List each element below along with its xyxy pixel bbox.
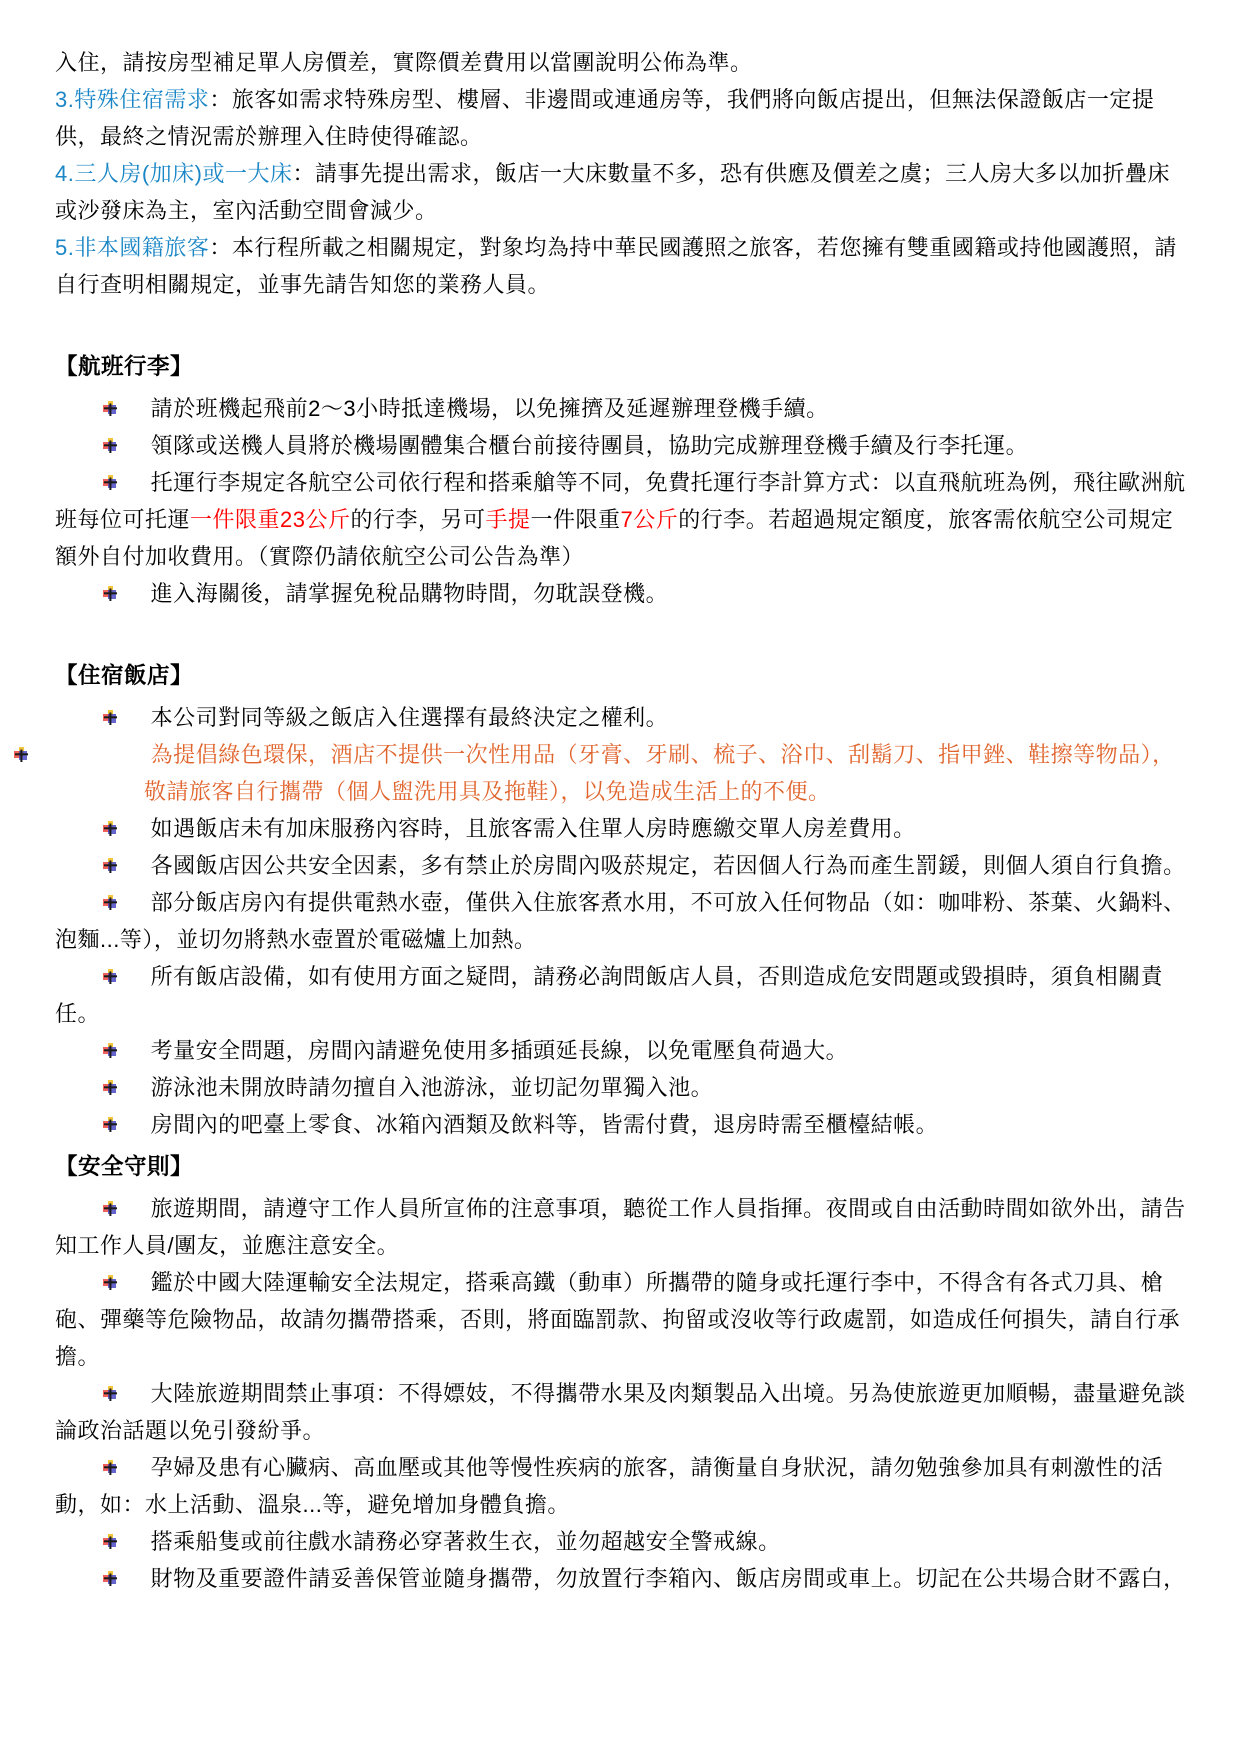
bullet-item: 托運行李規定各航空公司依行程和搭乘艙等不同，免費托運行李計算方式：以直飛航班為例… xyxy=(55,464,1191,575)
text-segment-default: 本公司對同等級之飯店入住選擇有最終決定之權利。 xyxy=(151,705,669,730)
text-segment-default: 請於班機起飛前2～3小時抵達機場，以免擁擠及延遲辦理登機手續。 xyxy=(151,396,829,421)
bullet-item: 搭乘船隻或前往戲水請務必穿著救生衣，並勿超越安全警戒線。 xyxy=(55,1523,1191,1560)
bullet-text: 所有飯店設備，如有使用方面之疑問，請務必詢問飯店人員，否則造成危安問題或毀損時，… xyxy=(55,964,1163,1026)
bullet-item: 部分飯店房內有提供電熱水壺，僅供入住旅客煮水用，不可放入任何物品（如：咖啡粉、茶… xyxy=(55,884,1191,958)
text-segment-default: 旅遊期間，請遵守工作人員所宣佈的注意事項，聽從工作人員指揮。夜間或自由活動時間如… xyxy=(55,1196,1186,1258)
bullet-item: 孕婦及患有心臟病、高血壓或其他等慢性疾病的旅客，請衡量自身狀況，請勿勉強參加具有… xyxy=(55,1449,1191,1523)
arrow-bullet-icon xyxy=(103,576,118,592)
bullet-item: 考量安全問題，房間內請避免使用多插頭延長線，以免電壓負荷過大。 xyxy=(55,1032,1191,1069)
bullet-text: 進入海關後，請掌握免稅品購物時間，勿耽誤登機。 xyxy=(151,581,669,606)
text-segment-default: 部分飯店房內有提供電熱水壺，僅供入住旅客煮水用，不可放入任何物品（如：咖啡粉、茶… xyxy=(55,890,1186,952)
bullet-text: 本公司對同等級之飯店入住選擇有最終決定之權利。 xyxy=(151,705,669,730)
section: 【航班行李】 請於班機起飛前2～3小時抵達機場，以免擁擠及延遲辦理登機手續。 領… xyxy=(55,347,1191,612)
bullet-item: 游泳池未開放時請勿擅自入池游泳，並切記勿單獨入池。 xyxy=(55,1069,1191,1106)
text-segment-default: 所有飯店設備，如有使用方面之疑問，請務必詢問飯店人員，否則造成危安問題或毀損時，… xyxy=(55,964,1163,1026)
bullet-item: 財物及重要證件請妥善保管並隨身攜帶，勿放置行李箱內、飯店房間或車上。切記在公共場… xyxy=(55,1560,1191,1597)
arrow-bullet-icon xyxy=(103,1191,118,1207)
arrow-bullet-icon xyxy=(103,811,118,827)
bullet-text: 搭乘船隻或前往戲水請務必穿著救生衣，並勿超越安全警戒線。 xyxy=(151,1529,781,1554)
bullet-item: 領隊或送機人員將於機場團體集合櫃台前接待團員，協助完成辦理登機手續及行李托運。 xyxy=(55,427,1191,464)
text-segment-default: 如遇飯店未有加床服務內容時，且旅客需入住單人房時應繳交單人房差費用。 xyxy=(151,816,916,841)
numbered-notes: 3.特殊住宿需求：旅客如需求特殊房型、樓層、非邊間或連通房等，我們將向飯店提出，… xyxy=(55,81,1191,303)
arrow-bullet-icon xyxy=(103,428,118,444)
text-segment-default: 考量安全問題，房間內請避免使用多插頭延長線，以免電壓負荷過大。 xyxy=(151,1038,849,1063)
bullet-item: 旅遊期間，請遵守工作人員所宣佈的注意事項，聽從工作人員指揮。夜間或自由活動時間如… xyxy=(55,1190,1191,1264)
text-segment-default: 鑑於中國大陸運輸安全法規定，搭乘高鐵（動車）所攜帶的隨身或托運行李中，不得含有各… xyxy=(55,1270,1180,1369)
arrow-bullet-icon xyxy=(103,1561,118,1577)
note-text: ：本行程所載之相關規定，對象均為持中華民國護照之旅客，若您擁有雙重國籍或持他國護… xyxy=(55,235,1177,297)
arrow-bullet-icon xyxy=(103,848,118,864)
bullet-text: 請於班機起飛前2～3小時抵達機場，以免擁擠及延遲辦理登機手續。 xyxy=(151,396,829,421)
bullet-item: 本公司對同等級之飯店入住選擇有最終決定之權利。 xyxy=(55,699,1191,736)
bullet-item: 請於班機起飛前2～3小時抵達機場，以免擁擠及延遲辦理登機手續。 xyxy=(55,390,1191,427)
section: 【住宿飯店】 本公司對同等級之飯店入住選擇有最終決定之權利。 為提倡綠色環保，酒… xyxy=(55,656,1191,1143)
section: 【安全守則】 旅遊期間，請遵守工作人員所宣佈的注意事項，聽從工作人員指揮。夜間或… xyxy=(55,1147,1191,1597)
bullet-text: 各國飯店因公共安全因素，多有禁止於房間內吸菸規定，若因個人行為而產生罰鍰，則個人… xyxy=(151,853,1186,878)
bullet-text: 托運行李規定各航空公司依行程和搭乘艙等不同，免費托運行李計算方式：以直飛航班為例… xyxy=(55,470,1186,569)
note-text: ：旅客如需求特殊房型、樓層、非邊間或連通房等，我們將向飯店提出，但無法保證飯店一… xyxy=(55,87,1154,149)
bullet-item: 如遇飯店未有加床服務內容時，且旅客需入住單人房時應繳交單人房差費用。 xyxy=(55,810,1191,847)
text-segment-default: 孕婦及患有心臟病、高血壓或其他等慢性疾病的旅客，請衡量自身狀況，請勿勉強參加具有… xyxy=(55,1455,1163,1517)
arrow-bullet-icon xyxy=(103,885,118,901)
bullet-item: 各國飯店因公共安全因素，多有禁止於房間內吸菸規定，若因個人行為而產生罰鍰，則個人… xyxy=(55,847,1191,884)
bullet-text: 孕婦及患有心臟病、高血壓或其他等慢性疾病的旅客，請衡量自身狀況，請勿勉強參加具有… xyxy=(55,1455,1163,1517)
arrow-bullet-icon xyxy=(103,1070,118,1086)
text-segment-default: 領隊或送機人員將於機場團體集合櫃台前接待團員，協助完成辦理登機手續及行李托運。 xyxy=(151,433,1029,458)
text-segment-default: 各國飯店因公共安全因素，多有禁止於房間內吸菸規定，若因個人行為而產生罰鍰，則個人… xyxy=(151,853,1186,878)
bullet-item: 房間內的吧臺上零食、冰箱內酒類及飲料等，皆需付費，退房時需至櫃檯結帳。 xyxy=(55,1106,1191,1143)
bullet-text: 游泳池未開放時請勿擅自入池游泳，並切記勿單獨入池。 xyxy=(151,1075,714,1100)
intro-paragraph: 入住，請按房型補足單人房價差，實際價差費用以當團說明公佈為準。 xyxy=(55,44,1191,81)
text-segment-default: 的行李，另可 xyxy=(351,507,486,532)
bullet-text: 考量安全問題，房間內請避免使用多插頭延長線，以免電壓負荷過大。 xyxy=(151,1038,849,1063)
arrow-bullet-icon xyxy=(103,737,118,753)
note-paragraph: 5.非本國籍旅客：本行程所載之相關規定，對象均為持中華民國護照之旅客，若您擁有雙… xyxy=(55,229,1191,303)
arrow-bullet-icon xyxy=(103,1524,118,1540)
arrow-bullet-icon xyxy=(103,1376,118,1392)
note-paragraph: 4.三人房(加床)或一大床：請事先提出需求，飯店一大床數量不多，恐有供應及價差之… xyxy=(55,155,1191,229)
note-paragraph: 3.特殊住宿需求：旅客如需求特殊房型、樓層、非邊間或連通房等，我們將向飯店提出，… xyxy=(55,81,1191,155)
bullet-item: 為提倡綠色環保，酒店不提供一次性用品（牙膏、牙刷、梳子、浴巾、刮鬍刀、指甲銼、鞋… xyxy=(55,736,1191,810)
text-segment-default: 財物及重要證件請妥善保管並隨身攜帶，勿放置行李箱內、飯店房間或車上。切記在公共場… xyxy=(151,1566,1186,1591)
note-label: 4.三人房(加床)或一大床 xyxy=(55,161,293,186)
arrow-bullet-icon xyxy=(103,391,118,407)
bullet-text: 旅遊期間，請遵守工作人員所宣佈的注意事項，聽從工作人員指揮。夜間或自由活動時間如… xyxy=(55,1196,1186,1258)
arrow-bullet-icon xyxy=(103,1265,118,1281)
bullet-text: 大陸旅遊期間禁止事項：不得嫖妓，不得攜帶水果及肉類製品入出境。另為使旅遊更加順暢… xyxy=(55,1381,1186,1443)
arrow-bullet-icon xyxy=(103,465,118,481)
text-segment-orange: 為提倡綠色環保，酒店不提供一次性用品（牙膏、牙刷、梳子、浴巾、刮鬍刀、指甲銼、鞋… xyxy=(144,742,1175,804)
arrow-bullet-icon xyxy=(103,959,118,975)
arrow-bullet-icon xyxy=(103,1107,118,1123)
text-segment-default: 游泳池未開放時請勿擅自入池游泳，並切記勿單獨入池。 xyxy=(151,1075,714,1100)
bullet-text: 財物及重要證件請妥善保管並隨身攜帶，勿放置行李箱內、飯店房間或車上。切記在公共場… xyxy=(151,1566,1186,1591)
bullet-item: 所有飯店設備，如有使用方面之疑問，請務必詢問飯店人員，否則造成危安問題或毀損時，… xyxy=(55,958,1191,1032)
arrow-bullet-icon xyxy=(103,1450,118,1466)
text-segment-default: 搭乘船隻或前往戲水請務必穿著救生衣，並勿超越安全警戒線。 xyxy=(151,1529,781,1554)
note-label: 5.非本國籍旅客 xyxy=(55,235,209,260)
bullet-item: 鑑於中國大陸運輸安全法規定，搭乘高鐵（動車）所攜帶的隨身或托運行李中，不得含有各… xyxy=(55,1264,1191,1375)
section-title: 【航班行李】 xyxy=(55,347,1191,387)
text-segment-red: 7公斤 xyxy=(621,507,679,532)
text-segment-default: 房間內的吧臺上零食、冰箱內酒類及飲料等，皆需付費，退房時需至櫃檯結帳。 xyxy=(151,1112,939,1137)
bullet-item: 進入海關後，請掌握免稅品購物時間，勿耽誤登機。 xyxy=(55,575,1191,612)
text-segment-default: 一件限重 xyxy=(531,507,621,532)
note-label: 3.特殊住宿需求 xyxy=(55,87,209,112)
document-page: 入住，請按房型補足單人房價差，實際價差費用以當團說明公佈為準。 3.特殊住宿需求… xyxy=(0,0,1241,1597)
text-segment-default: 大陸旅遊期間禁止事項：不得嫖妓，不得攜帶水果及肉類製品入出境。另為使旅遊更加順暢… xyxy=(55,1381,1186,1443)
bullet-text: 房間內的吧臺上零食、冰箱內酒類及飲料等，皆需付費，退房時需至櫃檯結帳。 xyxy=(151,1112,939,1137)
text-segment-default: 進入海關後，請掌握免稅品購物時間，勿耽誤登機。 xyxy=(151,581,669,606)
text-segment-red: 手提 xyxy=(486,507,531,532)
sections: 【航班行李】 請於班機起飛前2～3小時抵達機場，以免擁擠及延遲辦理登機手續。 領… xyxy=(55,347,1191,1597)
bullet-text: 為提倡綠色環保，酒店不提供一次性用品（牙膏、牙刷、梳子、浴巾、刮鬍刀、指甲銼、鞋… xyxy=(144,742,1175,804)
section-title: 【住宿飯店】 xyxy=(55,656,1191,696)
bullet-text: 領隊或送機人員將於機場團體集合櫃台前接待團員，協助完成辦理登機手續及行李托運。 xyxy=(151,433,1029,458)
section-title: 【安全守則】 xyxy=(55,1147,1191,1187)
bullet-text: 鑑於中國大陸運輸安全法規定，搭乘高鐵（動車）所攜帶的隨身或托運行李中，不得含有各… xyxy=(55,1270,1180,1369)
bullet-item: 大陸旅遊期間禁止事項：不得嫖妓，不得攜帶水果及肉類製品入出境。另為使旅遊更加順暢… xyxy=(55,1375,1191,1449)
text-segment-red: 一件限重23公斤 xyxy=(190,507,350,532)
bullet-text: 部分飯店房內有提供電熱水壺，僅供入住旅客煮水用，不可放入任何物品（如：咖啡粉、茶… xyxy=(55,890,1186,952)
bullet-text: 如遇飯店未有加床服務內容時，且旅客需入住單人房時應繳交單人房差費用。 xyxy=(151,816,916,841)
arrow-bullet-icon xyxy=(103,1033,118,1049)
arrow-bullet-icon xyxy=(103,700,118,716)
